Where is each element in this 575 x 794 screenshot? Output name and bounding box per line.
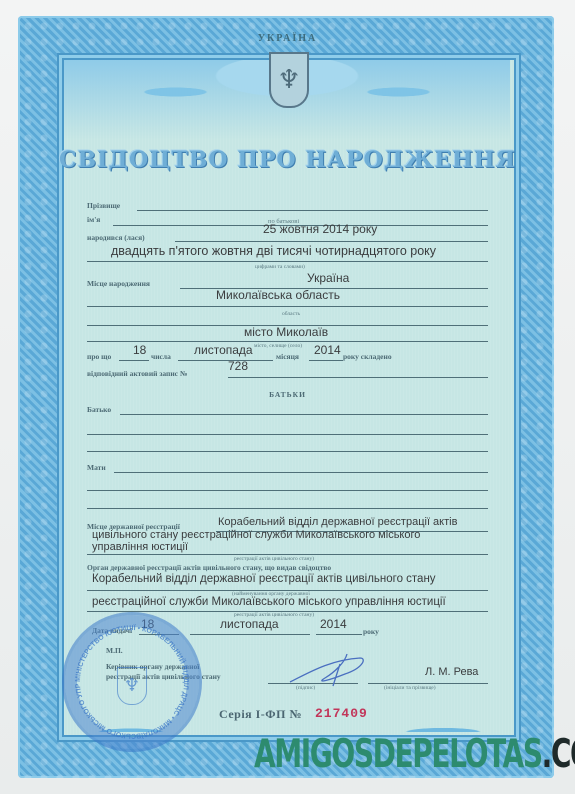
watermark-domain: .COM: [542, 732, 575, 777]
registration-place-line-1: Корабельний відділ державної реєстрації …: [218, 516, 457, 528]
place-city: місто Миколаїв: [244, 325, 328, 339]
issuer-line-1: Корабельний відділ державної реєстрації …: [92, 573, 436, 585]
registration-place-line-2: цивільного стану реєстраційної служби Ми…: [92, 529, 420, 541]
place-city-line: [87, 341, 488, 342]
issuer-line-2: реєстраційної служби Миколаївського місь…: [92, 596, 446, 608]
head-name-caption: (ініціали та прізвище): [384, 685, 436, 691]
place-label: Місце народження: [87, 279, 150, 288]
father-line-1: [120, 414, 488, 415]
place-region-caption: область: [282, 311, 300, 317]
mother-line-3: [87, 508, 488, 509]
birth-date-digits: 25 жовтня 2014 року: [263, 222, 377, 236]
father-line-3: [87, 451, 488, 452]
issue-year: 2014: [320, 617, 347, 631]
record-month-line: [178, 360, 273, 361]
born-label: народився (лася): [87, 233, 145, 242]
surname-line: [137, 210, 488, 211]
parents-section-title: БАТЬКИ: [0, 390, 575, 399]
record-day-line: [119, 360, 149, 361]
birth-date-words: двадцять п'ятого жовтня дві тисячі чотир…: [111, 244, 436, 258]
record-day-label: числа: [151, 352, 171, 361]
issue-year-line: [316, 634, 362, 635]
registration-place-rule-2: [87, 554, 488, 555]
registration-place-line-3: управління юстиції: [92, 541, 188, 553]
place-region: Миколаївська область: [216, 288, 340, 302]
act-record-label: відповідний актовий запис №: [87, 369, 187, 378]
signature-mark: [285, 650, 375, 690]
record-year: 2014: [314, 343, 341, 357]
act-record-number: 728: [228, 359, 248, 373]
issue-month-line: [190, 634, 310, 635]
certificate-paper: УКРАЇНА ♆ СВІДОЦТВО ПРО НАРОДЖЕННЯ Прізв…: [0, 0, 575, 794]
watermark-main: AMIGOSDEPELOTAS: [254, 732, 542, 777]
born-line: [175, 241, 488, 242]
series-label: Серія І-ФП №: [219, 707, 302, 722]
mother-label: Мати: [87, 463, 106, 472]
issuer-label: Орган державної реєстрації актів цивільн…: [87, 563, 331, 572]
issue-year-label: року: [363, 627, 379, 636]
father-line-2: [87, 434, 488, 435]
registration-place-caption: реєстрації актів цивільного стану): [234, 556, 314, 562]
trident-coat-of-arms-icon: ♆: [269, 52, 309, 108]
mother-line-2: [87, 490, 488, 491]
record-year-line: [309, 360, 343, 361]
name-label: ім'я: [87, 215, 100, 224]
father-label: Батько: [87, 405, 111, 414]
head-name: Л. М. Рева: [425, 666, 478, 678]
record-year-label: року складено: [343, 352, 392, 361]
birth-words-line: [87, 261, 488, 262]
site-watermark: AMIGOSDEPELOTAS.COM: [254, 735, 575, 774]
act-record-line: [228, 377, 488, 378]
country-label: УКРАЇНА: [0, 33, 575, 44]
record-month: листопада: [194, 343, 253, 357]
record-month-label: місяця: [276, 352, 299, 361]
mother-line-1: [114, 472, 488, 473]
birth-date-caption: цифрами та словами): [255, 264, 305, 270]
place-city-caption: місто, селище (село): [254, 343, 302, 349]
official-seal-stamp: МІНІСТЕРСТВО ЮСТИЦІЇ • КОРАБЕЛЬНИЙ ВІДДІ…: [62, 612, 202, 752]
document-title: СВІДОЦТВО ПРО НАРОДЖЕННЯ: [0, 147, 575, 173]
head-name-line: [368, 683, 488, 684]
place-region-line: [87, 306, 488, 307]
surname-label: Прізвище: [87, 201, 120, 210]
trident-coat-of-arms-icon: ♆: [117, 667, 147, 705]
serial-number: 217409: [315, 706, 368, 721]
place-country: Україна: [307, 271, 349, 285]
issue-month: листопада: [220, 617, 279, 631]
record-day: 18: [133, 343, 146, 357]
record-prefix: про що: [87, 352, 111, 361]
